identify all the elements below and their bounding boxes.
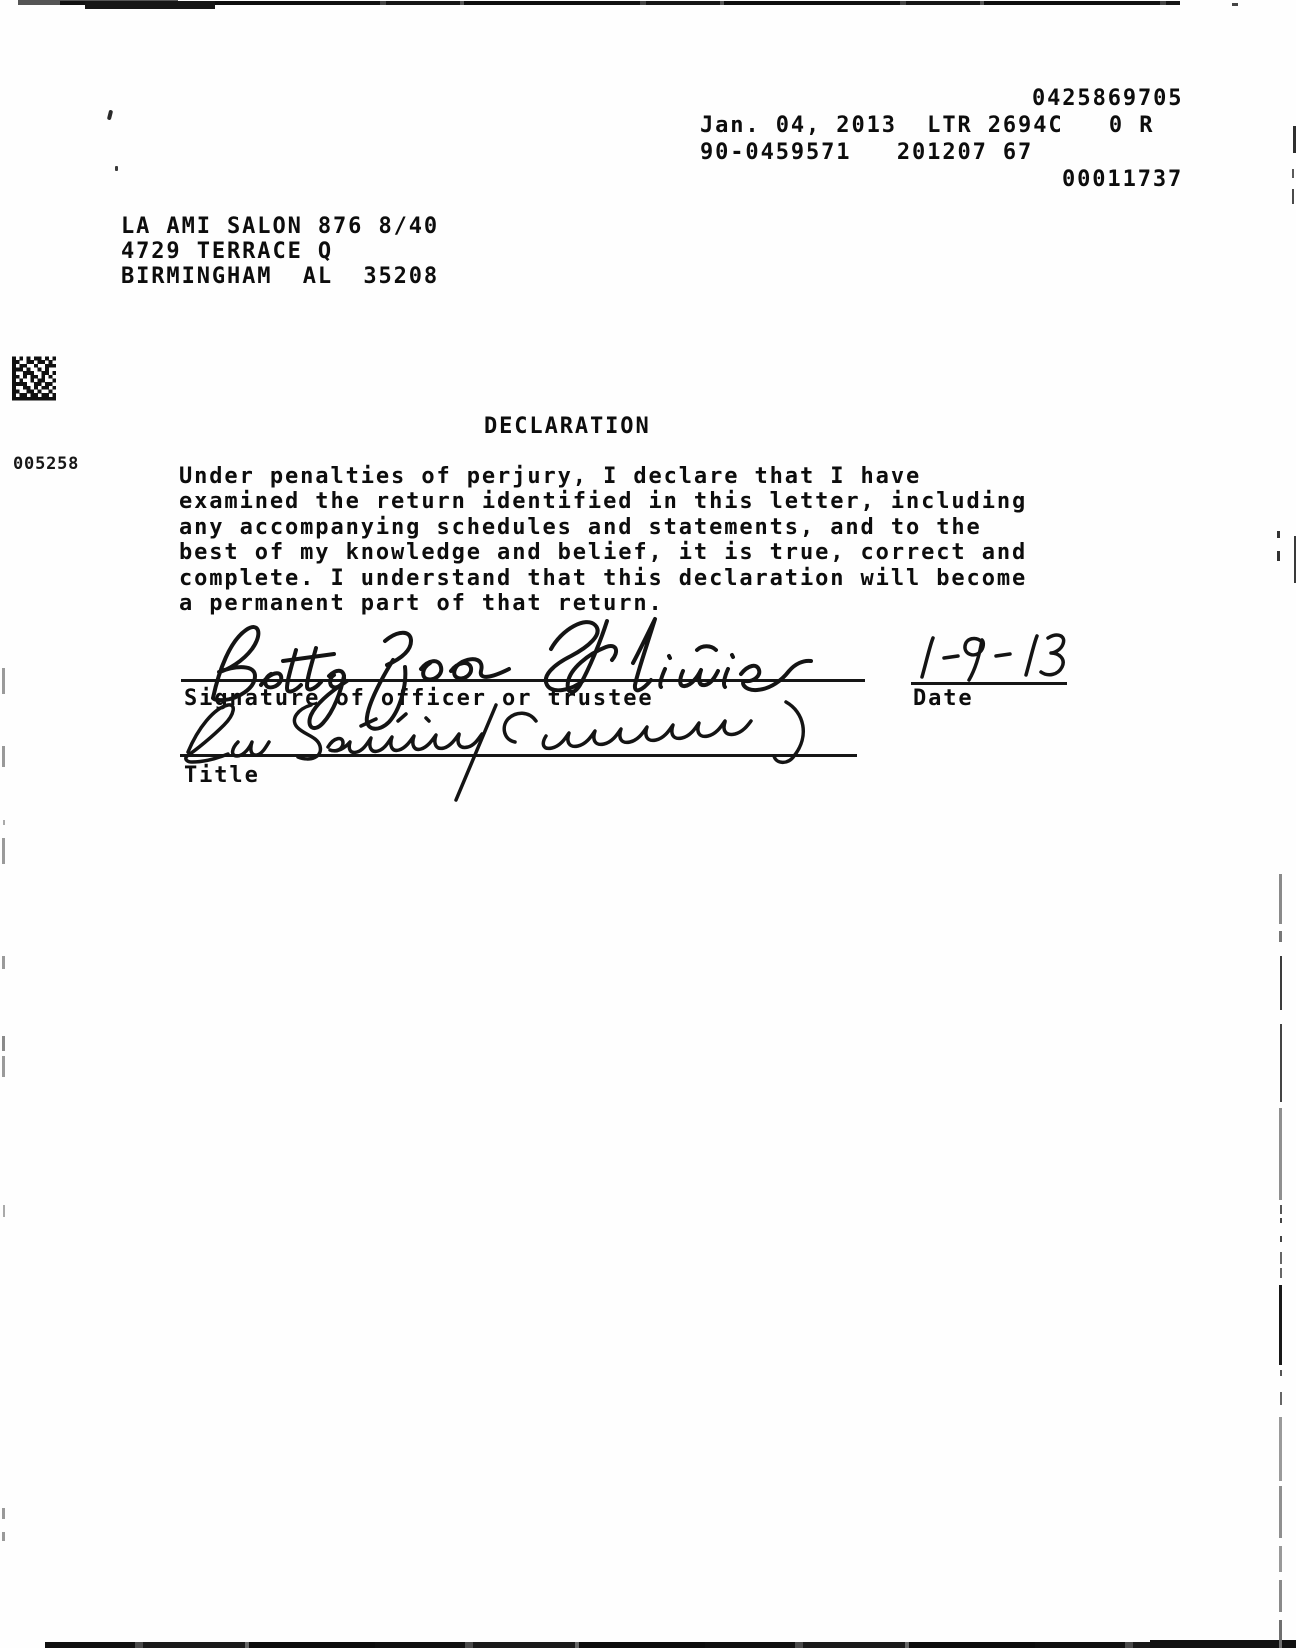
scan-edge-left — [2, 746, 5, 767]
recipient-street: 4729 TERRACE Q — [121, 239, 333, 264]
scan-edge-right — [1280, 1252, 1282, 1264]
scan-edge-right — [1280, 1268, 1282, 1278]
scan-edge-left — [2, 838, 5, 864]
scan-edge-right — [1279, 874, 1282, 924]
scan-edge-left — [2, 1056, 5, 1077]
scan-edge-left — [3, 1205, 5, 1217]
scan-edge-bottom — [45, 1642, 1296, 1648]
scan-edge-right — [1279, 931, 1282, 942]
scan-edge-right — [1292, 189, 1294, 204]
scan-edge-right — [1280, 1218, 1282, 1223]
stamp-number: 005258 — [13, 456, 79, 473]
declaration-body: Under penalties of perjury, I declare th… — [179, 464, 1027, 616]
scan-edge-right — [1280, 1205, 1282, 1214]
ink-speck — [107, 110, 113, 121]
handwritten-title — [176, 700, 921, 805]
scan-edge-right — [1280, 956, 1282, 1010]
scan-edge-top — [85, 1, 215, 9]
scan-edge-right — [1279, 1546, 1282, 1572]
header-ref-number: 0425869705 — [1032, 86, 1183, 111]
scan-edge-right — [1277, 551, 1280, 561]
scan-edge-right — [1279, 1285, 1282, 1365]
scan-edge-right — [1279, 1108, 1282, 1200]
header-date-line: Jan. 04, 2013 LTR 2694C 0 R — [700, 113, 1154, 138]
scan-edge-right — [1280, 1236, 1282, 1242]
header-ein-line: 90-0459571 201207 67 — [700, 140, 1033, 165]
scan-edge-right — [1280, 1370, 1282, 1376]
scan-edge-right — [1292, 169, 1294, 178]
recipient-name: LA AMI SALON 876 8/40 — [121, 214, 439, 239]
scan-edge-right — [1280, 1024, 1282, 1102]
scanned-letter-page: 0425869705 Jan. 04, 2013 LTR 2694C 0 R 9… — [0, 0, 1296, 1648]
scan-edge-left — [3, 820, 5, 825]
scan-edge-left — [2, 1508, 5, 1519]
declaration-heading: DECLARATION — [484, 414, 651, 439]
handwritten-date — [906, 633, 1068, 683]
scan-edge-right — [1280, 1392, 1282, 1405]
scan-edge-right — [1279, 1417, 1282, 1481]
scan-edge-bottom — [1150, 1640, 1296, 1648]
scan-edge-left — [2, 956, 5, 969]
scan-edge-top — [1232, 3, 1238, 6]
header-control-number: 00011737 — [1062, 167, 1183, 192]
scan-edge-right — [1279, 1580, 1282, 1612]
date-label: Date — [913, 686, 974, 711]
scan-edge-left — [2, 1036, 5, 1051]
scan-edge-left — [2, 668, 5, 694]
scan-edge-top — [60, 1, 1180, 5]
recipient-city-state-zip: BIRMINGHAM AL 35208 — [121, 264, 439, 289]
scan-edge-right — [1279, 1486, 1282, 1538]
scan-edge-left — [2, 1532, 5, 1541]
ink-speck — [115, 166, 118, 171]
scan-edge-right — [1279, 1620, 1282, 1648]
data-matrix-barcode — [12, 355, 56, 402]
scan-edge-right — [1277, 531, 1280, 538]
